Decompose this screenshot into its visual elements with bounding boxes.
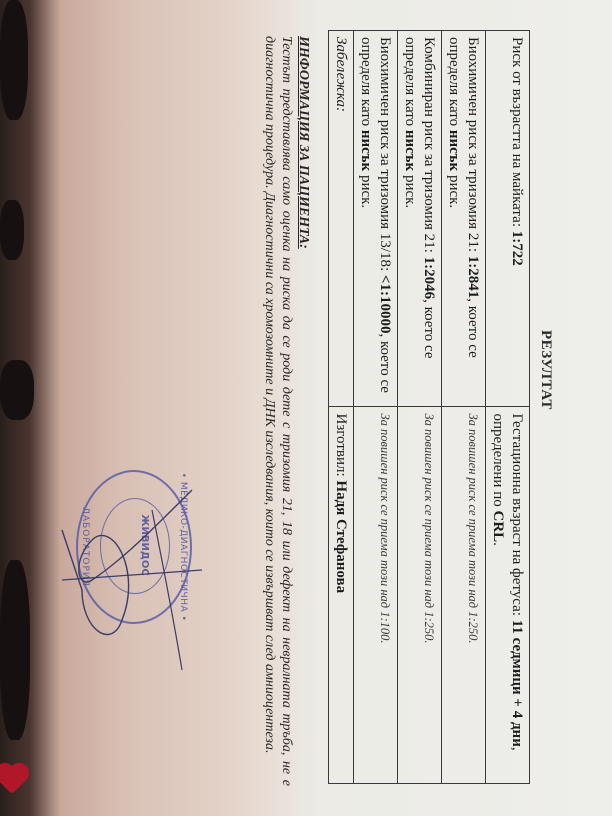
- background-object: [0, 560, 30, 740]
- gestational-age-value: 11 седмици + 4 дни: [509, 620, 525, 747]
- biochemical-risk-t13-18-value: <1:10000: [377, 275, 393, 334]
- heart-decoration-icon: [0, 766, 26, 794]
- maternal-age-risk-cell: Риск от възрастта на майката: 1:722: [486, 31, 530, 407]
- result-table: Риск от възрастта на майката: 1:722 Гест…: [328, 30, 530, 784]
- table-row: Биохимичен риск за тризомия 13/18: <1:10…: [354, 31, 398, 784]
- document-title: РЕЗУЛТАТ: [537, 330, 554, 410]
- background-object: [0, 200, 24, 260]
- risk-level: нисък: [358, 130, 374, 171]
- biochemical-risk-t21-value: 1:2841: [465, 256, 481, 299]
- risk-level: нисък: [446, 130, 462, 171]
- result-document: РЕЗУЛТАТ Риск от възрастта на майката: 1…: [52, 0, 612, 816]
- remark-cell: Забележка:: [329, 31, 354, 407]
- table-row: Комбиниран риск за тризомия 21: 1:2046, …: [398, 31, 442, 784]
- threshold-note: За повишен риск се приема този над 1:250…: [398, 407, 442, 784]
- threshold-note: За повишен риск се приема този над 1:100…: [354, 407, 398, 784]
- background-object: [0, 360, 34, 420]
- patient-info-heading: ИНФОРМАЦИЯ ЗА ПАЦИЕНТА:: [295, 36, 312, 786]
- remark-label: Забележка:: [333, 37, 349, 112]
- patient-info-section: ИНФОРМАЦИЯ ЗА ПАЦИЕНТА: Тестът представл…: [261, 36, 312, 786]
- signature-icon: [52, 470, 212, 680]
- maternal-age-risk-value: 1:722: [509, 231, 525, 266]
- biochemical-risk-t21-cell: Биохимичен риск за тризомия 21: 1:2841, …: [442, 31, 486, 407]
- biochemical-risk-t13-18-cell: Биохимичен риск за тризомия 13/18: <1:10…: [354, 31, 398, 407]
- combined-risk-t21-cell: Комбиниран риск за тризомия 21: 1:2046, …: [398, 31, 442, 407]
- combined-risk-t21-value: 1:2046: [421, 257, 437, 300]
- prepared-by-cell: Изготвил: Надя Стефанова: [329, 407, 354, 784]
- table-row: Риск от възрастта на майката: 1:722 Гест…: [486, 31, 530, 784]
- risk-level: нисък: [402, 130, 418, 171]
- table-row: Биохимичен риск за тризомия 21: 1:2841, …: [442, 31, 486, 784]
- table-row: Забележка: Изготвил: Надя Стефанова: [329, 31, 354, 784]
- gestational-age-cell: Гестационна възраст на фетуса: 11 седмиц…: [486, 407, 530, 784]
- crl-label: CRL: [490, 511, 506, 543]
- patient-info-text: Тестът представлява само оценка на риска…: [261, 36, 295, 786]
- background-object: [0, 0, 28, 120]
- photo-background: РЕЗУЛТАТ Риск от възрастта на майката: 1…: [0, 0, 612, 816]
- prepared-by-name: Надя Стефанова: [333, 480, 349, 593]
- threshold-note: За повишен риск се приема този над 1:250…: [442, 407, 486, 784]
